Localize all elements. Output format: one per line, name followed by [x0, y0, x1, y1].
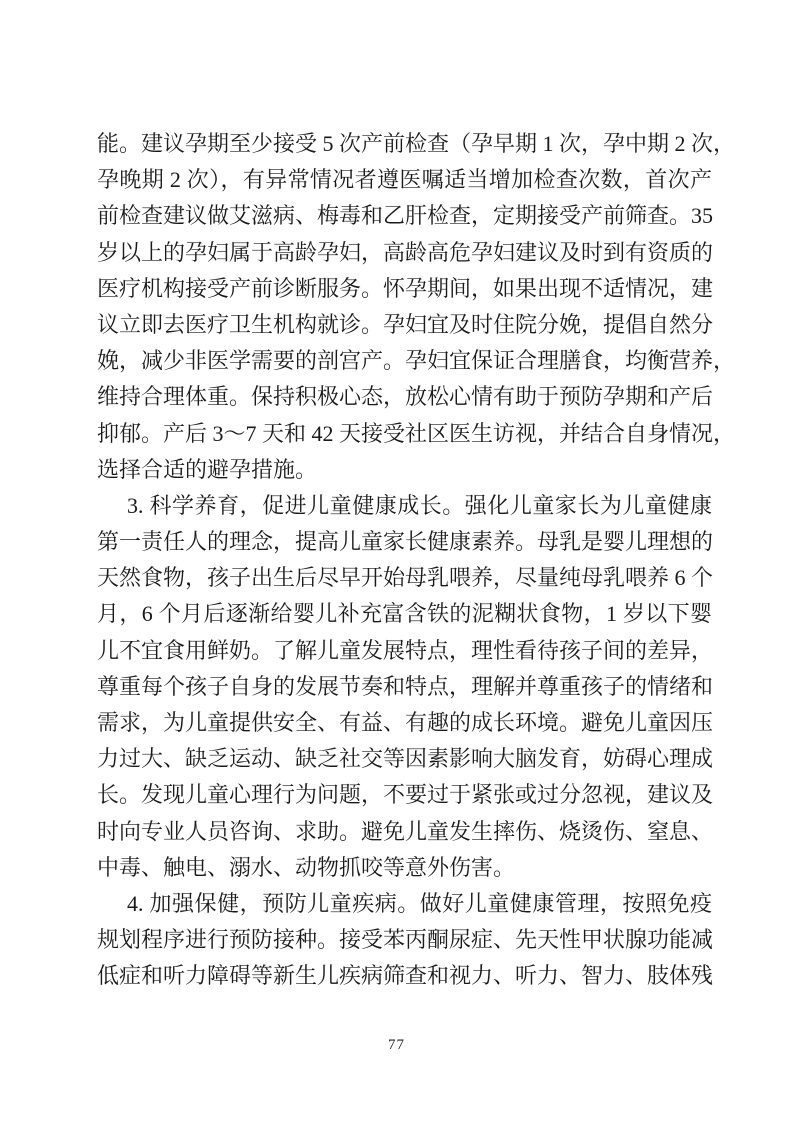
paragraph: 能。建议孕期至少接受 5 次产前检查（孕早期 1 次，孕中期 2 次， 孕晚期 …	[97, 126, 712, 488]
text-line: 选择合适的避孕措施。	[97, 452, 712, 488]
text-line: 月，6 个月后逐渐给婴儿补充富含铁的泥糊状食物，1 岁以下婴	[97, 596, 712, 632]
text-line: 规划程序进行预防接种。接受苯丙酮尿症、先天性甲状腺功能减	[97, 922, 712, 958]
text-block: 能。建议孕期至少接受 5 次产前检查（孕早期 1 次，孕中期 2 次， 孕晚期 …	[97, 126, 712, 995]
text-line: 尊重每个孩子自身的发展节奏和特点，理解并尊重孩子的情绪和	[97, 669, 712, 705]
text-line: 长。发现儿童心理行为问题，不要过于紧张或过分忽视，建议及	[97, 777, 712, 813]
text-line: 中毒、触电、溺水、动物抓咬等意外伤害。	[97, 850, 712, 886]
text-line: 天然食物，孩子出生后尽早开始母乳喂养，尽量纯母乳喂养 6 个	[97, 560, 712, 596]
text-line: 前检查建议做艾滋病、梅毒和乙肝检查，定期接受产前筛查。35	[97, 198, 712, 234]
text-line: 力过大、缺乏运动、缺乏社交等因素影响大脑发育，妨碍心理成	[97, 741, 712, 777]
paragraph: 4. 加强保健，预防儿童疾病。做好儿童健康管理，按照免疫 规划程序进行预防接种。…	[97, 886, 712, 995]
text-line: 时向专业人员咨询、求助。避免儿童发生摔伤、烧烫伤、窒息、	[97, 814, 712, 850]
text-line: 4. 加强保健，预防儿童疾病。做好儿童健康管理，按照免疫	[97, 886, 712, 922]
page-number: 77	[0, 1037, 793, 1054]
document-page: 能。建议孕期至少接受 5 次产前检查（孕早期 1 次，孕中期 2 次， 孕晚期 …	[0, 0, 793, 1122]
text-line: 能。建议孕期至少接受 5 次产前检查（孕早期 1 次，孕中期 2 次，	[97, 126, 712, 162]
text-line: 孕晚期 2 次），有异常情况者遵医嘱适当增加检查次数，首次产	[97, 162, 712, 198]
text-line: 医疗机构接受产前诊断服务。怀孕期间，如果出现不适情况，建	[97, 271, 712, 307]
text-line: 第一责任人的理念，提高儿童家长健康素养。母乳是婴儿理想的	[97, 524, 712, 560]
text-line: 维持合理体重。保持积极心态，放松心情有助于预防孕期和产后	[97, 379, 712, 415]
text-line: 低症和听力障碍等新生儿疾病筛查和视力、听力、智力、肢体残	[97, 958, 712, 994]
text-line: 儿不宜食用鲜奶。了解儿童发展特点，理性看待孩子间的差异，	[97, 633, 712, 669]
text-line: 3. 科学养育，促进儿童健康成长。强化儿童家长为儿童健康	[97, 488, 712, 524]
text-line: 议立即去医疗卫生机构就诊。孕妇宜及时住院分娩，提倡自然分	[97, 307, 712, 343]
text-line: 娩，减少非医学需要的剖宫产。孕妇宜保证合理膳食，均衡营养，	[97, 343, 712, 379]
text-line: 岁以上的孕妇属于高龄孕妇，高龄高危孕妇建议及时到有资质的	[97, 235, 712, 271]
text-line: 抑郁。产后 3～7 天和 42 天接受社区医生访视，并结合自身情况，	[97, 416, 712, 452]
text-line: 需求，为儿童提供安全、有益、有趣的成长环境。避免儿童因压	[97, 705, 712, 741]
paragraph: 3. 科学养育，促进儿童健康成长。强化儿童家长为儿童健康 第一责任人的理念，提高…	[97, 488, 712, 886]
